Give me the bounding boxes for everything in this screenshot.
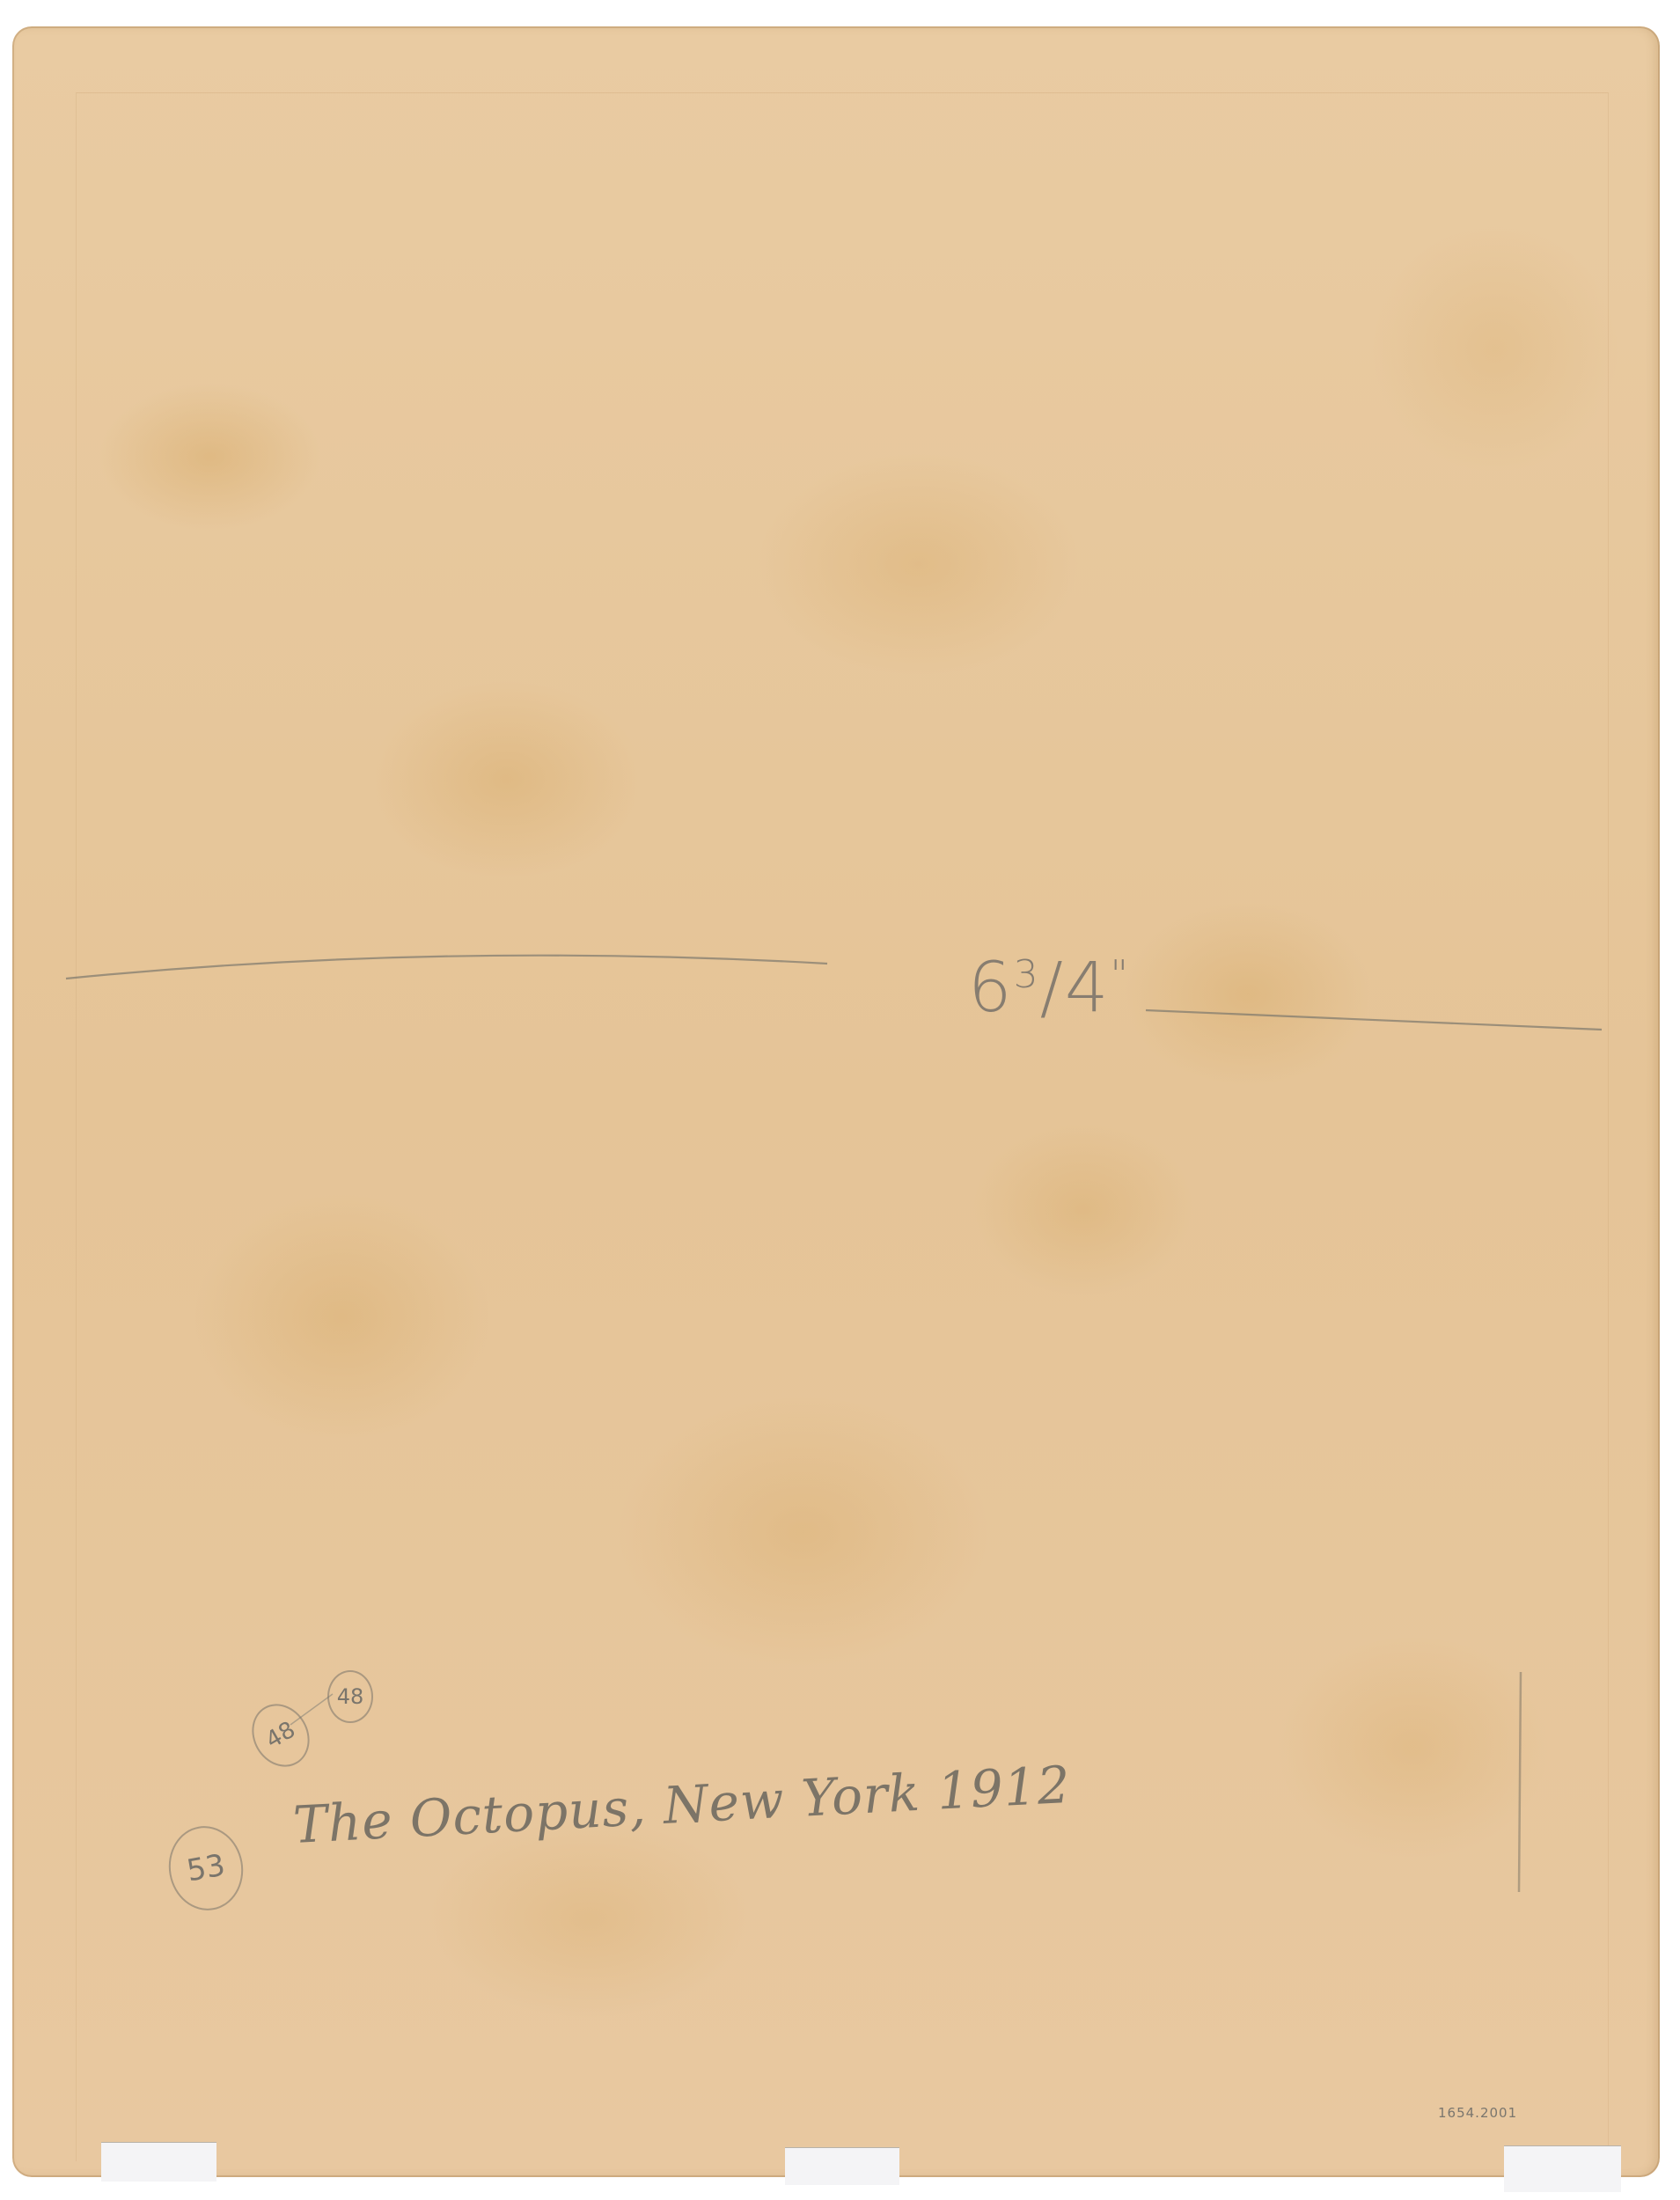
vertical-pencil-line bbox=[1519, 1672, 1521, 1892]
measurement-numerator: 3 bbox=[1014, 952, 1040, 997]
circled-number-a-text: 48 bbox=[261, 1717, 300, 1755]
circled-number-c-text: 53 bbox=[184, 1848, 228, 1889]
measurement-denominator: 4 bbox=[1065, 949, 1111, 1028]
measurement-whole: 6 bbox=[968, 949, 1014, 1028]
accession-number: 1654.2001 bbox=[1438, 2105, 1517, 2121]
circled-number-b-text: 48 bbox=[337, 1684, 364, 1709]
mounting-tab-right bbox=[1504, 2145, 1621, 2192]
measurement-unit: " bbox=[1111, 952, 1130, 997]
measurement-label: 63/4" bbox=[968, 949, 1130, 1028]
left-measure-line bbox=[66, 956, 827, 979]
right-measure-line bbox=[1146, 1010, 1602, 1030]
pencil-lines bbox=[0, 0, 1680, 2200]
circled-number-b: 48 bbox=[327, 1670, 373, 1723]
mounting-tab-left bbox=[101, 2142, 216, 2182]
mounting-tab-center bbox=[785, 2147, 899, 2185]
